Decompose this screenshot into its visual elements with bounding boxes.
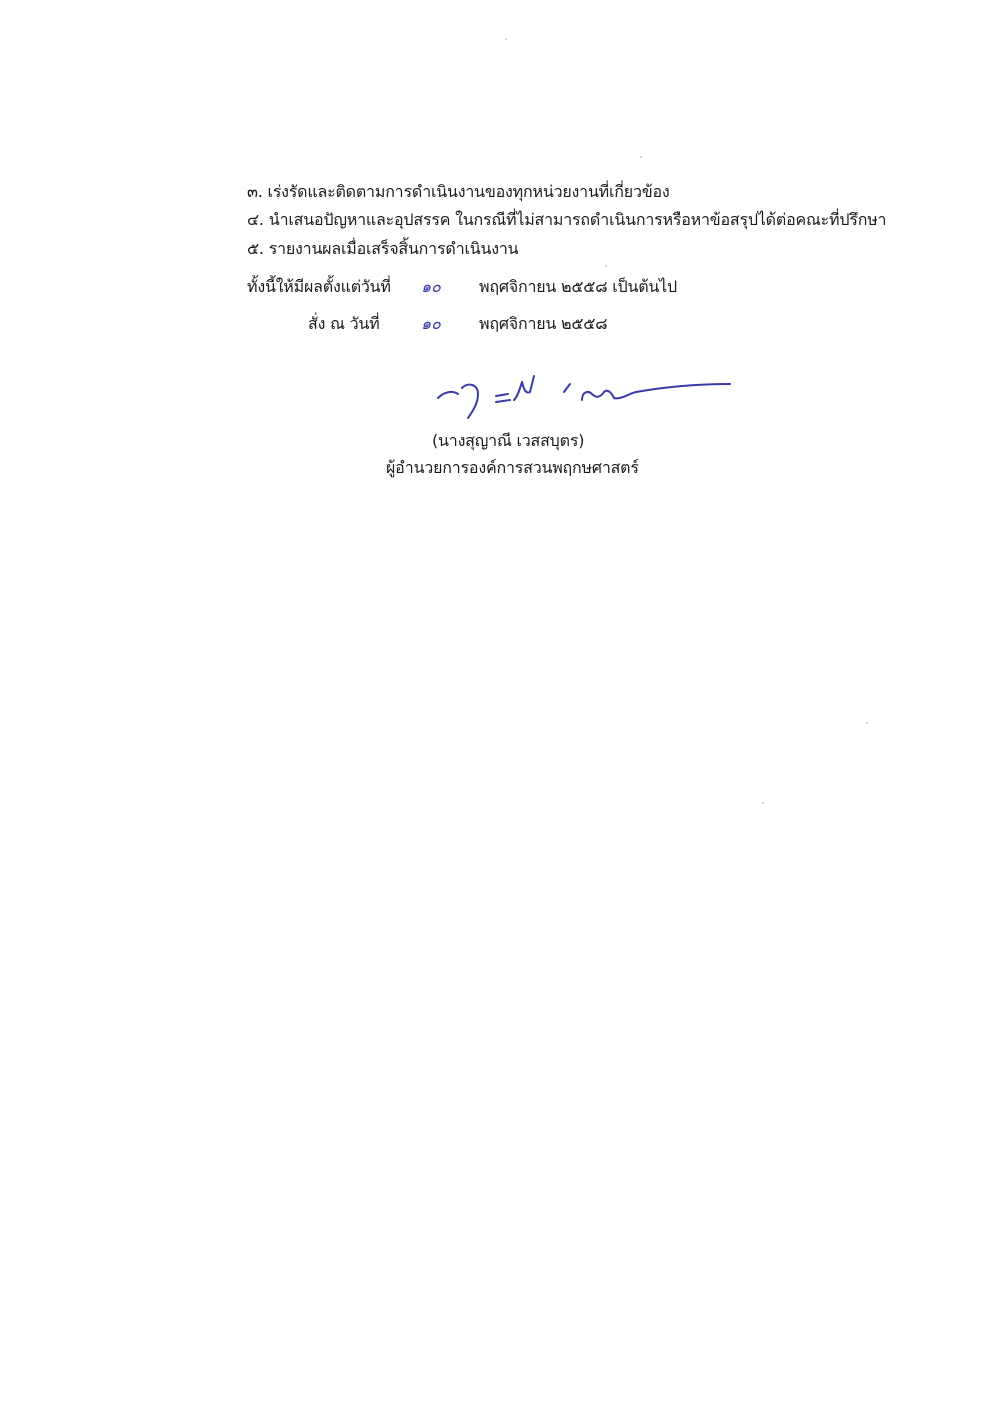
document-page: ๓. เร่งรัดและติดตามการดำเนินงานของทุกหน่… (0, 0, 1000, 1414)
scan-speck (762, 802, 764, 804)
signature-icon (430, 370, 740, 420)
effective-date-day-handwritten: ๑๐ (421, 276, 441, 298)
ordered-date-label: สั่ง ณ วันที่ (308, 313, 379, 335)
order-item-3: ๓. เร่งรัดและติดตามการดำเนินงานของทุกหน่… (247, 181, 670, 203)
effective-date-label: ทั้งนี้ให้มีผลตั้งแต่วันที่ (247, 276, 391, 298)
item-number: ๓. (247, 182, 263, 201)
effective-date-month-year: พฤศจิกายน ๒๕๕๘ เป็นต้นไป (479, 276, 677, 298)
signer-title: ผู้อำนวยการองค์การสวนพฤกษศาสตร์ (386, 457, 639, 479)
item-number: ๔. (247, 210, 264, 229)
scan-speck (640, 156, 642, 158)
signer-name: (นางสุญาณี เวสสบุตร) (432, 430, 584, 452)
ordered-date-day-handwritten: ๑๐ (421, 313, 441, 335)
order-item-4: ๔. นำเสนอปัญหาและอุปสรรค ในกรณีที่ไม่สาม… (247, 209, 886, 231)
scan-speck (605, 265, 607, 267)
item-text: นำเสนอปัญหาและอุปสรรค ในกรณีที่ไม่สามารถ… (269, 210, 887, 229)
scan-speck (505, 38, 507, 40)
item-number: ๕. (247, 239, 264, 258)
scan-speck (866, 722, 868, 724)
item-text: เร่งรัดและติดตามการดำเนินงานของทุกหน่วยง… (268, 182, 670, 201)
ordered-date-month-year: พฤศจิกายน ๒๕๕๘ (479, 313, 607, 335)
item-text: รายงานผลเมื่อเสร็จสิ้นการดำเนินงาน (269, 239, 519, 258)
order-item-5: ๕. รายงานผลเมื่อเสร็จสิ้นการดำเนินงาน (247, 238, 518, 260)
